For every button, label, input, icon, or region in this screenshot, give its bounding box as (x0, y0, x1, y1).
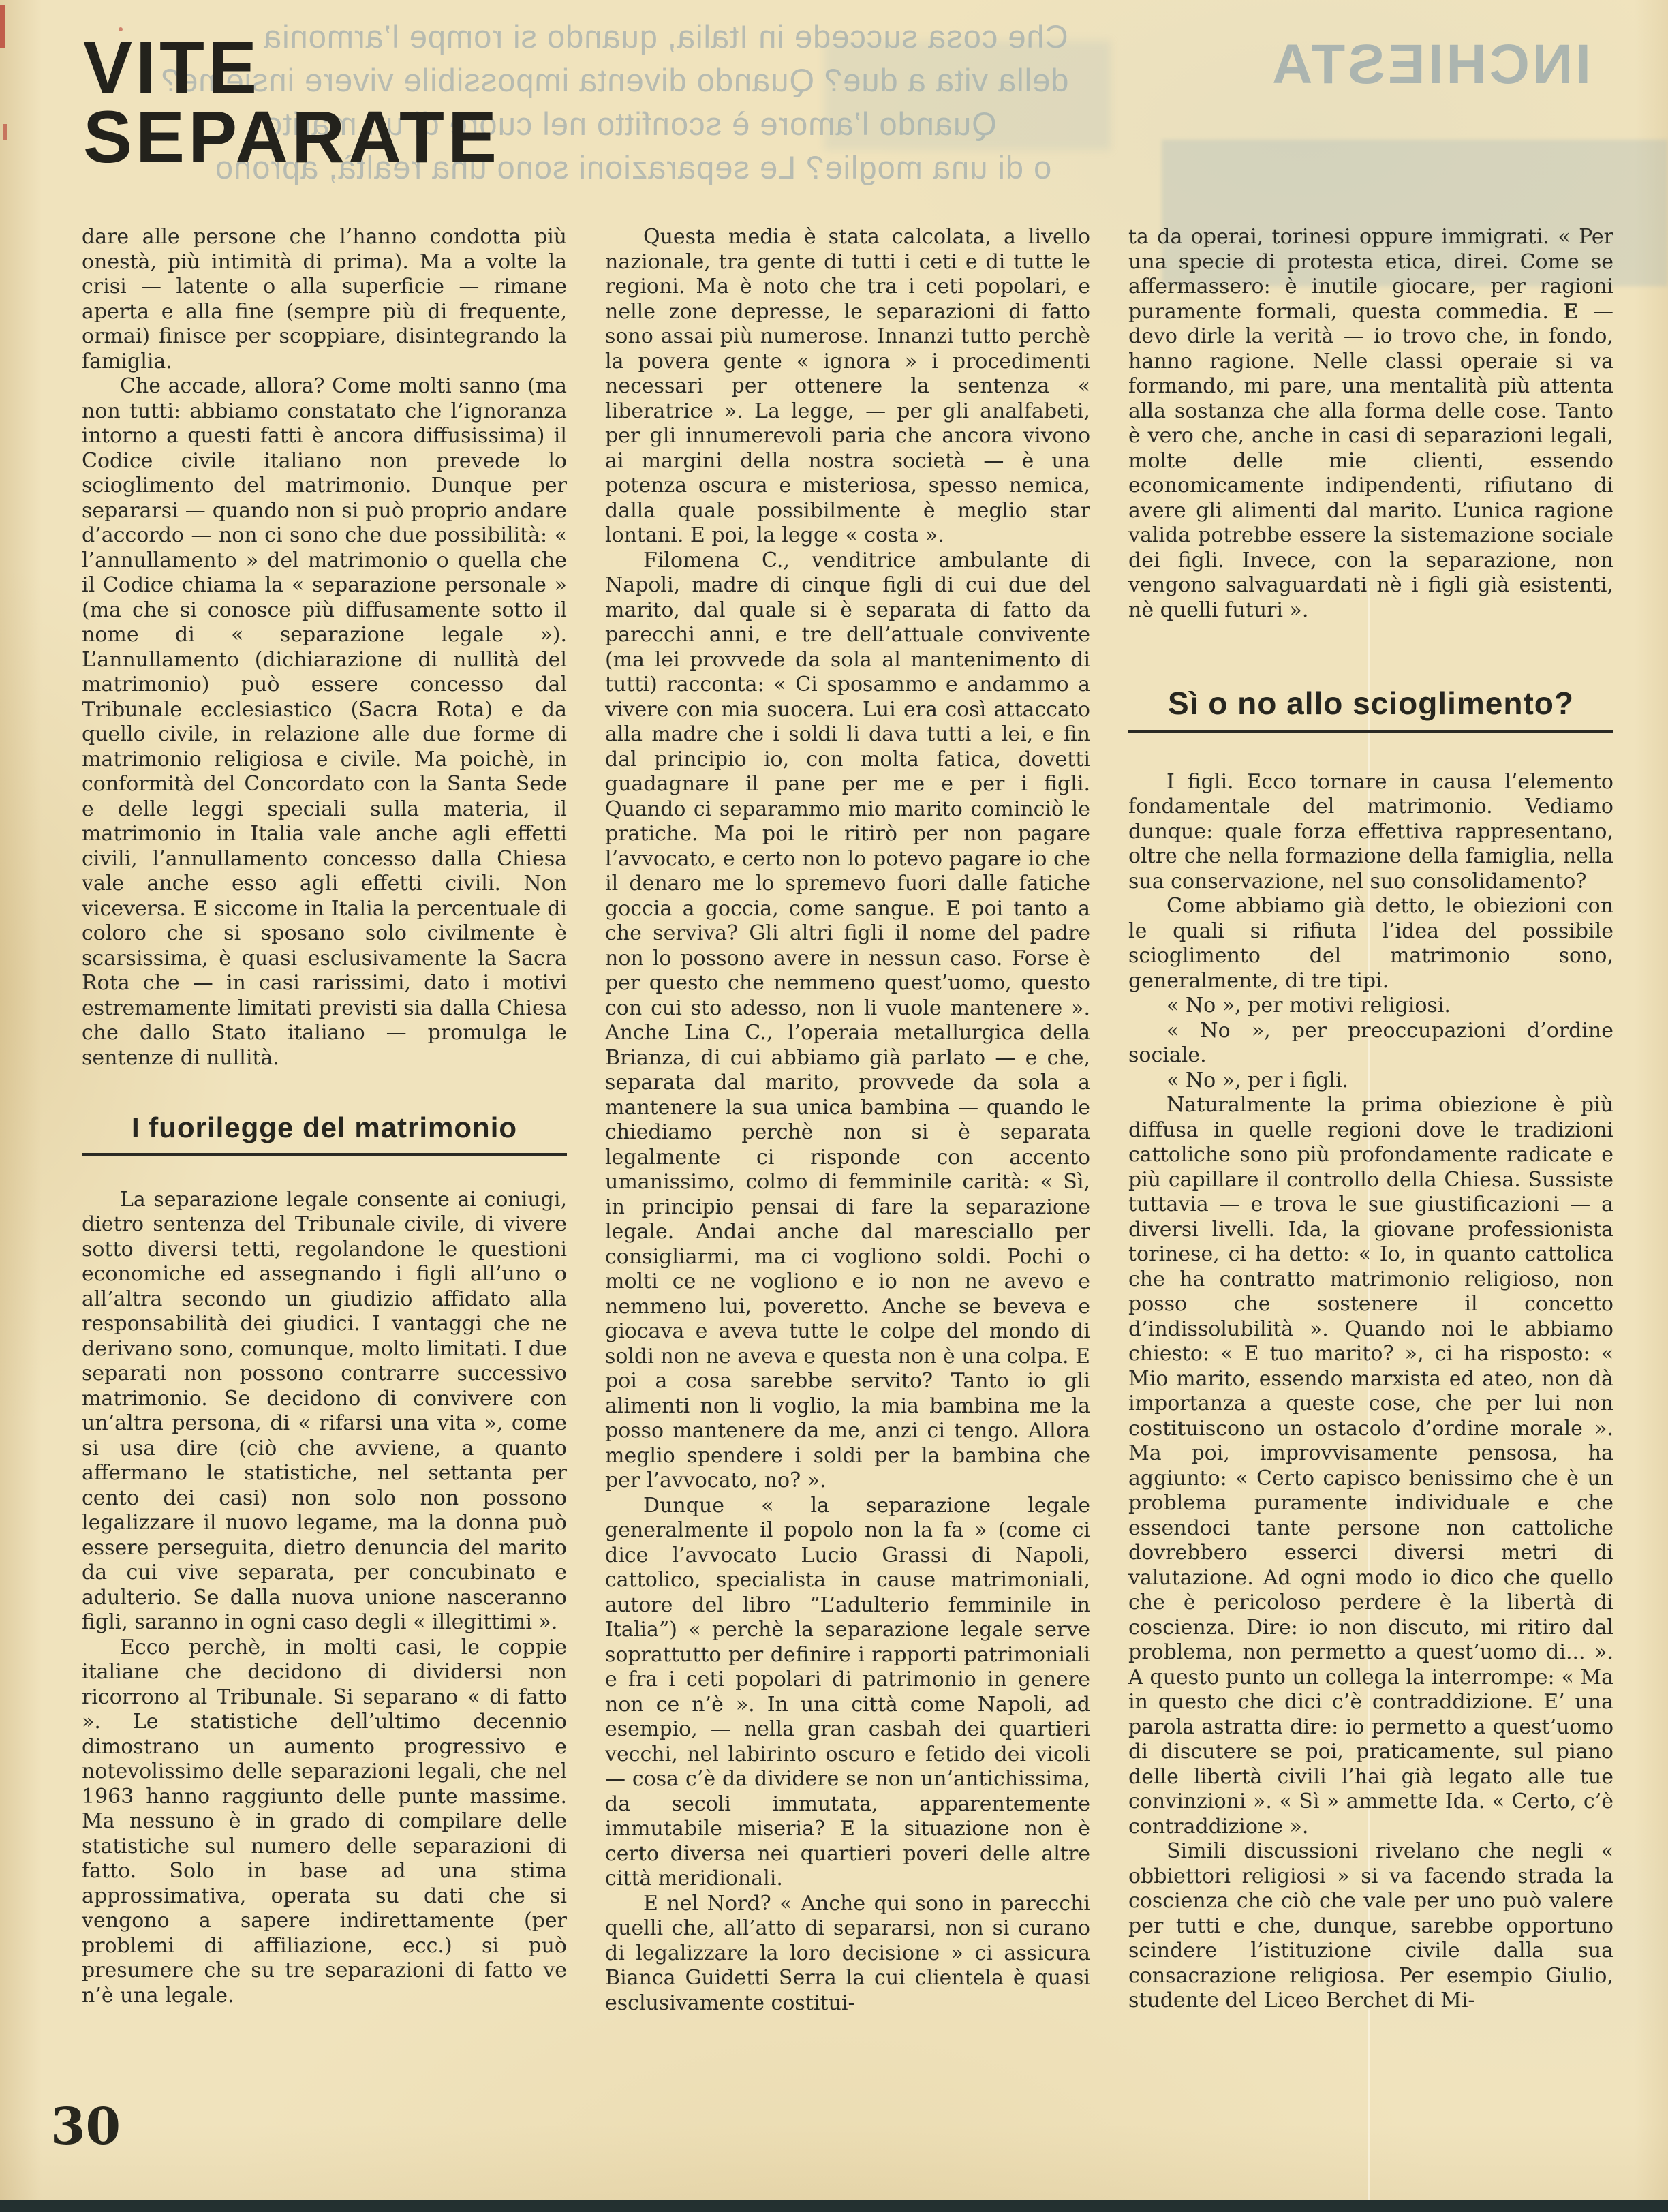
ghost-masthead-inchiesta: INCHIESTA (1269, 33, 1591, 97)
paragraph: La separazione legale consente ai coniug… (82, 1188, 567, 1635)
paragraph: Naturalmente la prima obiezione è più di… (1128, 1093, 1613, 1839)
paragraph: Come abbiamo già detto, le obiezioni con… (1128, 894, 1613, 994)
section-heading-scioglimento: Sì o no allo scioglimento? (1128, 691, 1613, 733)
column-1: dare alle persone che l’hanno condotta p… (82, 225, 567, 2008)
column-3: ta da operai, torinesi oppure immigrati.… (1128, 225, 1613, 2014)
paragraph: Ecco perchè, in molti casi, le coppie it… (82, 1635, 567, 2009)
paragraph: dare alle persone che l’hanno condotta p… (82, 225, 567, 374)
column-2: Questa media è stata calcolata, a livell… (605, 225, 1090, 2016)
ghost-photo-bleed (824, 41, 1111, 150)
paragraph: Filomena C., venditrice ambulante di Nap… (605, 549, 1090, 1494)
red-print-mark (3, 124, 7, 140)
article-title-line1: VITE (83, 33, 500, 102)
paragraph: ta da operai, torinesi oppure immigrati.… (1128, 225, 1613, 623)
magazine-page: Che cosa succede in Italia, quando si ro… (0, 0, 1668, 2212)
paragraph: Dunque « la separazione legale generalme… (605, 1494, 1090, 1892)
page-number: 30 (50, 2098, 121, 2156)
article-title-line2: SEPARATE (83, 102, 500, 172)
red-print-mark (0, 5, 5, 48)
paragraph: E nel Nord? « Anche qui sono in parecchi… (605, 1892, 1090, 2016)
bottom-edge-bar (0, 2200, 1668, 2212)
paragraph: I figli. Ecco tornare in causa l’element… (1128, 770, 1613, 895)
paragraph: Che accade, allora? Come molti sanno (ma… (82, 374, 567, 1071)
article-title: VITE SEPARATE (83, 33, 500, 172)
paragraph: Questa media è stata calcolata, a livell… (605, 225, 1090, 549)
section-heading-fuorilegge: I fuorilegge del matrimonio (82, 1116, 567, 1156)
paragraph: Simili discussioni rivelano che negli « … (1128, 1839, 1613, 2014)
paragraph: « No », per preoccupazioni d’ordine soci… (1128, 1019, 1613, 1069)
paragraph: « No », per i figli. (1128, 1069, 1613, 1094)
paragraph: « No », per motivi religiosi. (1128, 994, 1613, 1019)
